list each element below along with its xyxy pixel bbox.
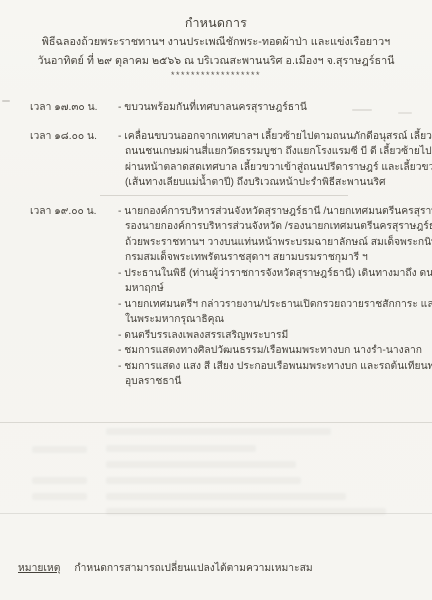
schedule-item-line: - นายกองค์การบริหารส่วนจังหวัดสุราษฎร์ธา… [118, 204, 432, 220]
scan-artifact-bleedthrough-line [106, 508, 386, 515]
schedule-item-line: รองนายกองค์การบริหารส่วนจังหวัด /รองนายก… [118, 219, 432, 235]
schedule-item-line: (เส้นทางเลียบแม่น้ำตาปี) ถึงบริเวณหน้าปะ… [118, 175, 432, 191]
scan-artifact-bleedthrough-line [32, 446, 87, 453]
schedule-items: - เคลื่อนขบวนออกจากเทศบาลฯ เลี้ยวซ้ายไปต… [118, 129, 432, 191]
schedule-item-line: - ชมการแสดงทางศิลปวัฒนธรรม/เรือพนมพระทาง… [118, 343, 432, 359]
document-subtitle-date-venue: วันอาทิตย์ ที่ ๒๙ ตุลาคม ๒๕๖๖ ณ บริเวณสะ… [0, 53, 432, 69]
schedule-item-line: ถนนชนเกษมผ่านสี่แยกวัดธรรมบูชา ถึงแยกโรง… [118, 144, 432, 160]
schedule-row: เวลา ๑๘.๐๐ น.- เคลื่อนขบวนออกจากเทศบาลฯ … [30, 129, 432, 191]
schedule-row: เวลา ๑๗.๓๐ น.- ขบวนพร้อมกันที่เทศบาลนครส… [30, 100, 432, 116]
scan-artifact-bleedthrough-line [106, 428, 331, 435]
scan-artifact-bleedthrough-line [106, 461, 296, 468]
scan-artifact-bleedthrough-line [32, 477, 87, 484]
asterisk-divider: ****************** [0, 71, 432, 80]
scanned-document-page: กำหนดการ พิธีฉลองถ้วยพระราชทานฯ งานประเพ… [0, 0, 432, 600]
schedule-item-line: - ประธานในพิธี (ท่านผู้ว่าราชการจังหวัดส… [118, 266, 432, 282]
schedule-items: - นายกองค์การบริหารส่วนจังหวัดสุราษฎร์ธา… [118, 204, 432, 390]
schedule-item-line: มหาฤกษ์ [118, 281, 432, 297]
scan-artifact-streak [0, 422, 432, 423]
schedule-item-line: อุบลราชธานี [118, 374, 432, 390]
schedule-items: - ขบวนพร้อมกันที่เทศบาลนครสุราษฎร์ธานี [118, 100, 432, 116]
document-subtitle-event: พิธีฉลองถ้วยพระราชทานฯ งานประเพณีชักพระ-… [0, 34, 432, 50]
scan-artifact-bleedthrough-line [106, 493, 346, 500]
time-label: เวลา ๑๙.๐๐ น. [30, 204, 118, 220]
scan-artifact-bleedthrough-line [32, 493, 87, 500]
scan-artifact-bleedthrough-line [106, 477, 301, 484]
scan-artifact-bleedthrough-line [106, 445, 256, 452]
schedule-item-line: ในพระมหากรุณาธิคุณ [118, 312, 432, 328]
schedule-item-line: กรมสมเด็จพระเทพรัตนราชสุดาฯ สยามบรมราชกุ… [118, 250, 432, 266]
document-header: กำหนดการ พิธีฉลองถ้วยพระราชทานฯ งานประเพ… [0, 0, 432, 80]
schedule-item-line: - ขบวนพร้อมกันที่เทศบาลนครสุราษฎร์ธานี [118, 100, 432, 116]
schedule-item-line: ผ่านหน้าตลาดสดเทศบาล เลี้ยวขวาเข้าสู่ถนน… [118, 160, 432, 176]
schedule-item-line: ถ้วยพระราชทานฯ วางบนแท่นหน้าพระบรมฉายาลั… [118, 235, 432, 251]
schedule-item-line: - เคลื่อนขบวนออกจากเทศบาลฯ เลี้ยวซ้ายไปต… [118, 129, 432, 145]
schedule-row: เวลา ๑๙.๐๐ น.- นายกองค์การบริหารส่วนจังห… [30, 204, 432, 390]
footnote-text: กำหนดการสามารถเปลี่ยนแปลงได้ตามความเหมาะ… [74, 563, 312, 574]
schedule-item-line: - นายกเทศมนตรีฯ กล่าวรายงาน/ประธานเปิดกร… [118, 297, 432, 313]
scan-artifact-streak [0, 513, 432, 514]
document-title: กำหนดการ [0, 15, 432, 31]
footnote-label: หมายเหตุ [18, 563, 60, 574]
schedule-list: เวลา ๑๗.๓๐ น.- ขบวนพร้อมกันที่เทศบาลนครส… [30, 100, 432, 390]
schedule-item-line: - ดนตรีบรรเลงเพลงสรรเสริญพระบารมี [118, 328, 432, 344]
schedule-item-line: - ชมการแสดง แสง สี เสียง ประกอบเรือพนมพร… [118, 359, 432, 375]
footnote: หมายเหตุกำหนดการสามารถเปลี่ยนแปลงได้ตามค… [18, 562, 313, 576]
time-label: เวลา ๑๘.๐๐ น. [30, 129, 118, 145]
time-label: เวลา ๑๗.๓๐ น. [30, 100, 118, 116]
